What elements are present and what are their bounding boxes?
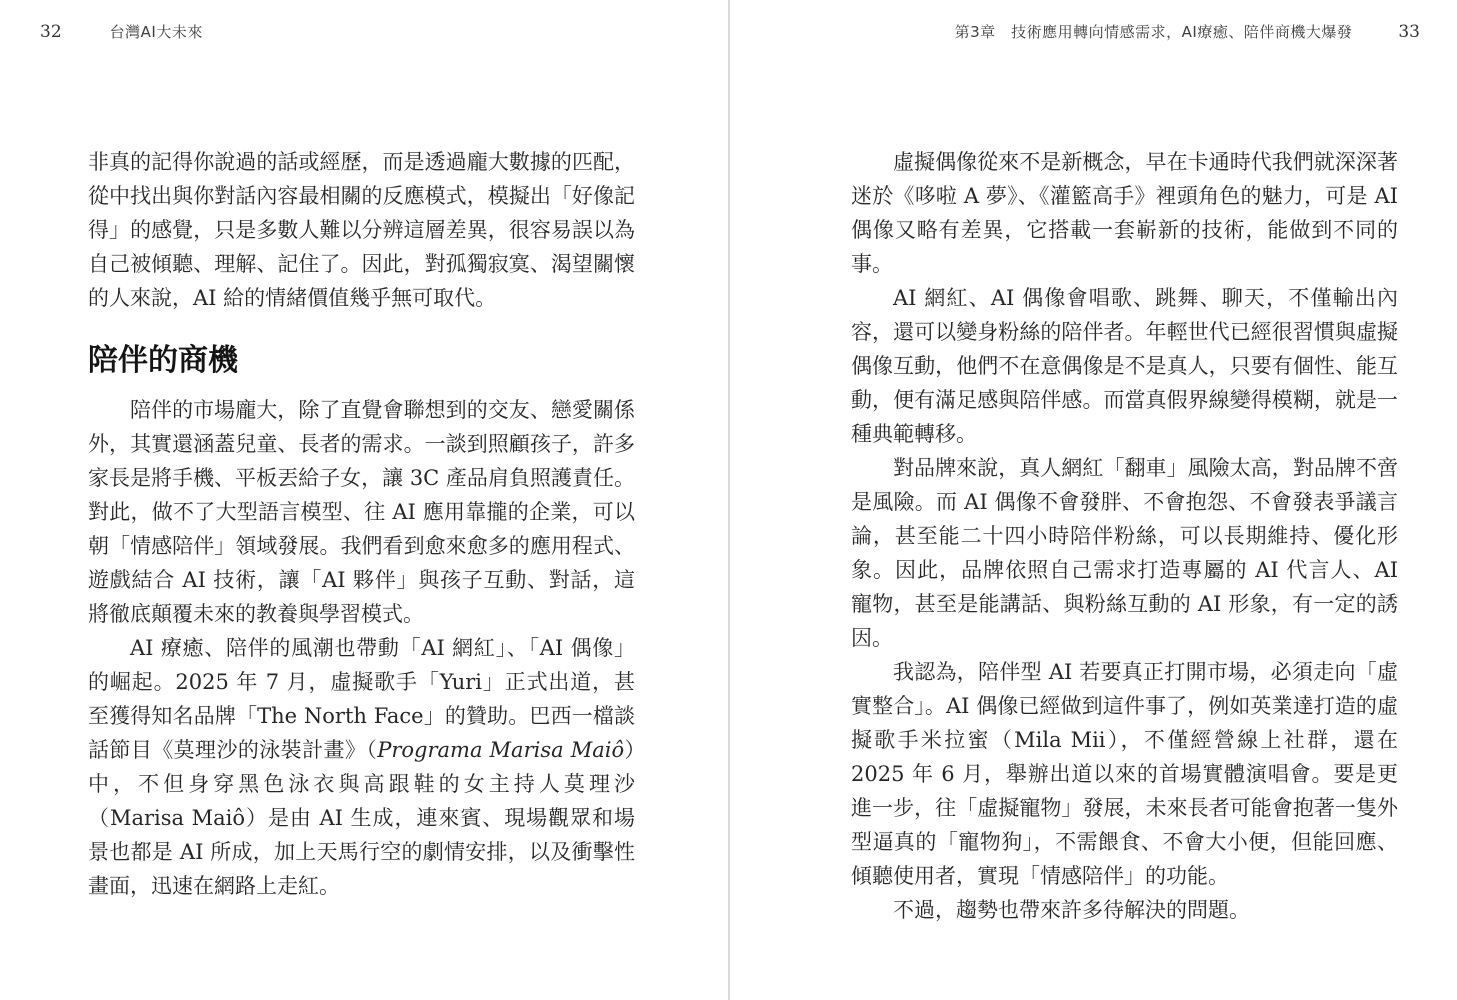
page-number-right: 33 xyxy=(1398,22,1420,42)
idol-paragraph: AI 療癒、陪伴的風潮也帶動「AI 網紅」、「AI 偶像」的崛起。2025 年 … xyxy=(88,631,635,903)
intro-paragraph: 非真的記得你說過的話或經歷，而是透過龐大數據的匹配，從中找出與你對話內容最相關的… xyxy=(88,145,635,315)
page-number-left: 32 xyxy=(40,22,62,42)
paragraph-brand-risk: 對品牌來說，真人網紅「翻車」風險太高，對品牌不啻是風險。而 AI 偶像不會發胖、… xyxy=(851,451,1398,655)
paragraph-ai-influencer: AI 網紅、AI 偶像會唱歌、跳舞、聊天，不僅輸出內容，還可以變身粉絲的陪伴者。… xyxy=(851,281,1398,451)
companion-paragraph: 陪伴的市場龐大，除了直覺會聯想到的交友、戀愛關係外，其實還涵蓋兒童、長者的需求。… xyxy=(88,393,635,631)
book-spread: 32 台灣AI大未來 非真的記得你說過的話或經歷，而是透過龐大數據的匹配，從中找… xyxy=(0,0,1457,1000)
running-title-chapter: 第3章 技術應用轉向情感需求，AI療癒、陪伴商機大爆發 xyxy=(955,21,1353,42)
show-title-italic: Programa Marisa Maiô xyxy=(377,738,624,762)
page-header-right: 第3章 技術應用轉向情感需求，AI療癒、陪伴商機大爆發 33 xyxy=(955,21,1420,42)
paragraph-closing: 不過，趨勢也帶來許多待解決的問題。 xyxy=(851,893,1398,927)
page-body-left: 非真的記得你說過的話或經歷，而是透過龐大數據的匹配，從中找出與你對話內容最相關的… xyxy=(88,145,635,903)
idol-paragraph-post: ）中，不但身穿黑色泳衣與高跟鞋的女主持人莫理沙（Marisa Maiô）是由 A… xyxy=(88,738,635,898)
page-right: 第3章 技術應用轉向情感需求，AI療癒、陪伴商機大爆發 33 虛擬偶像從來不是新… xyxy=(731,0,1457,1000)
page-left: 32 台灣AI大未來 非真的記得你說過的話或經歷，而是透過龐大數據的匹配，從中找… xyxy=(0,0,728,1000)
paragraph-virtual-real: 我認為，陪伴型 AI 若要真正打開市場，必須走向「虛實整合」。AI 偶像已經做到… xyxy=(851,655,1398,893)
page-body-right: 虛擬偶像從來不是新概念，早在卡通時代我們就深深著迷於《哆啦 A 夢》、《灌籃高手… xyxy=(851,145,1398,927)
page-gutter-divider xyxy=(728,0,730,1000)
running-title-book: 台灣AI大未來 xyxy=(110,21,203,42)
paragraph-virtual-idol: 虛擬偶像從來不是新概念，早在卡通時代我們就深深著迷於《哆啦 A 夢》、《灌籃高手… xyxy=(851,145,1398,281)
page-header-left: 32 台灣AI大未來 xyxy=(40,21,203,42)
section-heading: 陪伴的商機 xyxy=(88,341,635,381)
